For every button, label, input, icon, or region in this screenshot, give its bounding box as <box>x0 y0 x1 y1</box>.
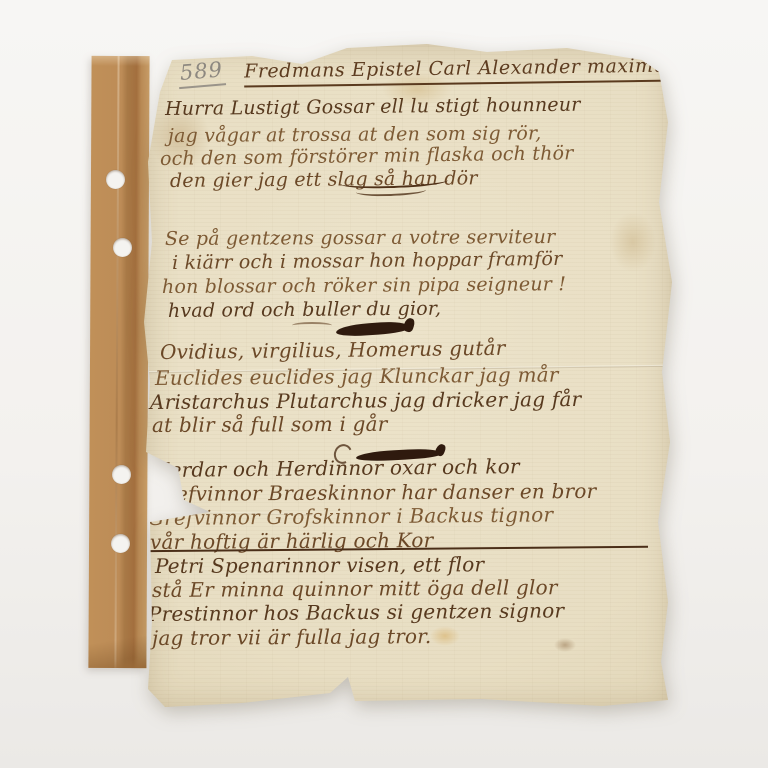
age-stain <box>610 212 656 272</box>
manuscript-line: i kiärr och i mossar hon hoppar framför <box>172 248 563 274</box>
catalog-number: 589 <box>177 57 226 89</box>
page-title: Fredmans Epistel Carl Alexander maximus <box>244 55 677 88</box>
binding-strip <box>88 56 149 668</box>
manuscript-line: Se på gentzens gossar a votre serviteur <box>165 226 555 250</box>
photo-background: 589 Fredmans Epistel Carl Alexander maxi… <box>0 0 768 768</box>
manuscript-line: Aristarchus Plutarchus jag dricker jag f… <box>150 387 581 414</box>
strip-top-fold <box>92 56 150 66</box>
pen-squiggle <box>292 322 332 329</box>
strip-bottom-fold <box>88 636 146 668</box>
manuscript-line: Euclides euclides jag Klunckar jag mår <box>155 362 559 390</box>
manuscript-line: at blir så full som i går <box>152 412 388 437</box>
manuscript-line: Prestinnor hos Backus si gentzen signor <box>148 598 564 626</box>
manuscript-line: och den som förstörer min flaska och thö… <box>160 142 574 170</box>
manuscript-line: hvad ord och buller du gior, <box>168 298 441 322</box>
age-stain <box>554 638 576 652</box>
age-stain <box>430 626 460 646</box>
manuscript-line: Petri Spenarinnor visen, ett flor <box>155 552 484 578</box>
strip-crease <box>114 56 119 668</box>
manuscript-line: Ovidius, virgilius, Homerus gutår <box>160 336 506 364</box>
manuscript-paper: 589 Fredmans Epistel Carl Alexander maxi… <box>142 42 674 712</box>
ink-blot <box>336 321 409 338</box>
manuscript-line: jag tror vii är fulla jag tror. <box>152 624 432 650</box>
manuscript-line: hon blossar och röker sin pipa seigneur … <box>162 273 566 298</box>
manuscript-line: Hurra Lustigt Gossar ell lu stigt hounne… <box>165 94 581 120</box>
manuscript-line: Herdar och Herdinnor oxar och kor <box>152 454 520 482</box>
underline-flourish <box>356 185 426 197</box>
punch-hole <box>112 465 131 484</box>
manuscript-line: Grefvinnor Grofskinnor i Backus tignor <box>148 502 553 530</box>
punch-hole <box>106 170 125 189</box>
punch-hole <box>113 238 132 257</box>
header-row: 589 Fredmans Epistel Carl Alexander maxi… <box>178 53 677 89</box>
punch-hole <box>111 534 130 553</box>
